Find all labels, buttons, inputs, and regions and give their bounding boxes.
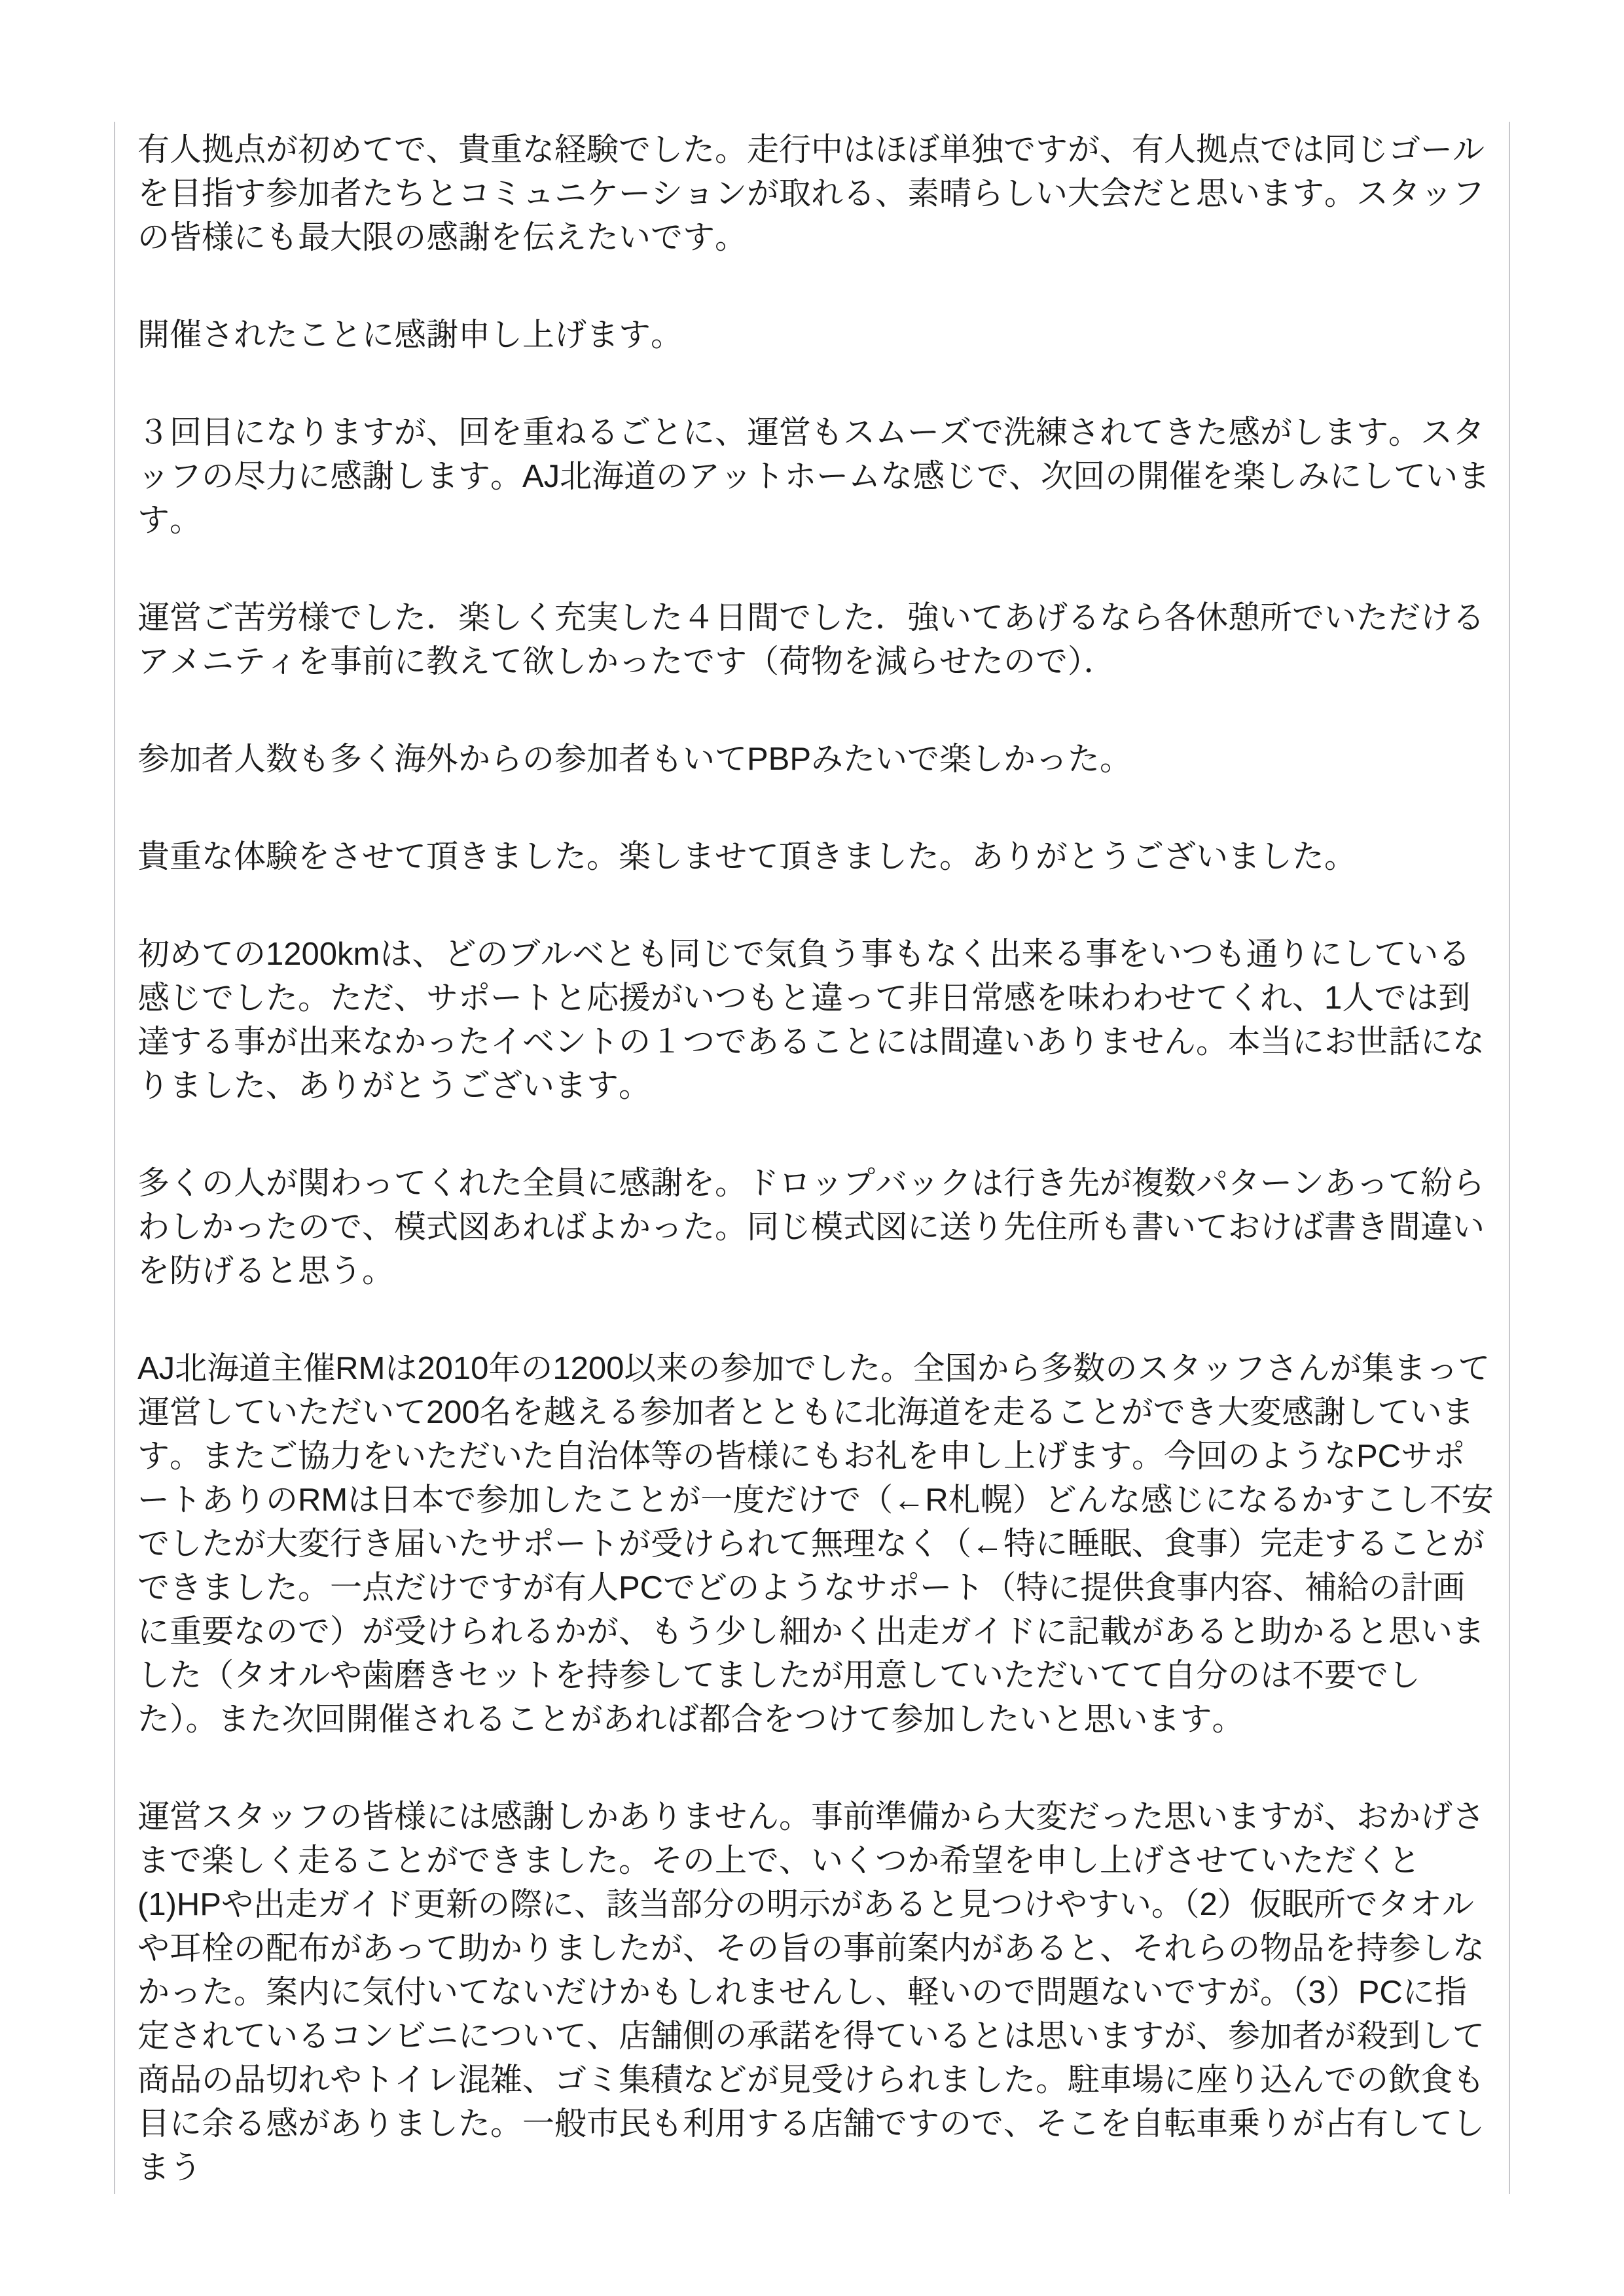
comment-paragraph: 初めての1200kmは、どのブルベとも同じで気負う事もなく出来る事をいつも通りに… [137, 933, 1495, 1108]
comment-paragraph: ３回目になりますが、回を重ねるごとに、運営もスムーズで洗練されてきた感がします。… [137, 411, 1495, 543]
comment-paragraph: 貴重な体験をさせて頂きました。楽しませて頂きました。ありがとうございました。 [137, 835, 1495, 879]
comment-paragraph: 多くの人が関わってくれた全員に感謝を。ドロップバックは行き先が複数パターンあって… [137, 1162, 1495, 1293]
comment-paragraph: 運営スタッフの皆様には感謝しかありません。事前準備から大変だった思いますが、おか… [137, 1795, 1495, 2190]
comment-paragraph: 有人拠点が初めてで、貴重な経験でした。走行中はほぼ単独ですが、有人拠点では同じゴ… [137, 128, 1495, 260]
comment-paragraph: 開催されたことに感謝申し上げます。 [137, 314, 1495, 357]
comments-table-cell: 有人拠点が初めてで、貴重な経験でした。走行中はほぼ単独ですが、有人拠点では同じゴ… [114, 122, 1510, 2194]
comment-paragraph: 参加者人数も多く海外からの参加者もいてPBPみたいで楽しかった。 [137, 738, 1495, 781]
document-page: { "page": { "background": "#ffffff", "te… [0, 0, 1624, 2296]
comment-paragraph: 運営ご苦労様でした．楽しく充実した４日間でした．強いてあげるなら各休憩所でいただ… [137, 596, 1495, 684]
page-background: 有人拠点が初めてで、貴重な経験でした。走行中はほぼ単独ですが、有人拠点では同じゴ… [0, 0, 1624, 2296]
comment-paragraph: AJ北海道主催RMは2010年の1200以来の参加でした。全国から多数のスタッフ… [137, 1347, 1495, 1742]
